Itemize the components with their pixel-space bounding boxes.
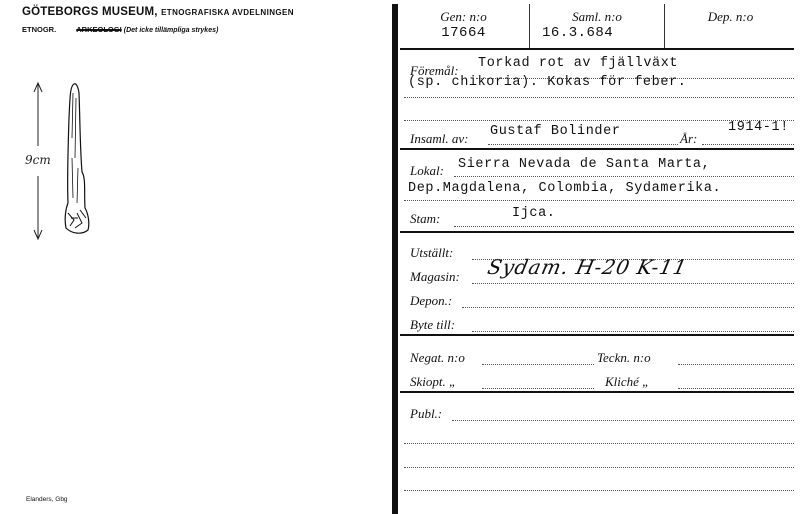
lokal-line-1: Sierra Nevada de Santa Marta,: [458, 157, 710, 172]
root-icon: [65, 84, 89, 233]
year-dotted-line: [702, 144, 794, 145]
card-spine-border: [392, 4, 398, 514]
insamlad-dotted-line: [488, 144, 678, 145]
lokal-dotted-line-2: [404, 200, 794, 201]
museum-heading: GÖTEBORGS MUSEUM, ETNOGRAFISKA AVDELNING…: [22, 6, 294, 18]
byte-label: Byte till:: [410, 317, 455, 333]
sketch-size-label: 9cm: [25, 153, 51, 167]
byte-divider: [400, 334, 794, 336]
struck-category: ARKEOLOGI: [76, 25, 121, 34]
skiopt-label: Skiopt. „: [410, 374, 456, 390]
depon-label: Depon.:: [410, 293, 452, 309]
publ-dotted-line-4: [404, 490, 794, 491]
category-line: ETNOGR. ARKEOLOGI (Det icke tillämpliga …: [22, 25, 218, 34]
header-divider: [400, 48, 794, 50]
saml-number-cell: Saml. n:o 16.3.684: [530, 4, 665, 48]
printer-imprint: Elanders, Gbg: [26, 496, 68, 503]
kliche-label: Kliché „: [605, 374, 649, 390]
stam-divider: [400, 231, 794, 233]
stam-dotted-line: [454, 226, 794, 227]
insamlad-label: Insaml. av:: [410, 131, 469, 147]
card-back-side: GÖTEBORGS MUSEUM, ETNOGRAFISKA AVDELNING…: [0, 0, 392, 514]
foremal-line-1: Torkad rot av fjällväxt: [478, 56, 678, 71]
stam-label: Stam:: [410, 211, 440, 227]
byte-dotted-line: [472, 331, 794, 332]
publ-dotted-line: [452, 420, 794, 421]
negat-label: Negat. n:o: [410, 350, 465, 366]
teckn-dotted-line: [678, 364, 794, 365]
card-header: Gen: n:o 17664 Saml. n:o 16.3.684 Dep. n…: [398, 4, 796, 48]
root-sketch-drawing: 9cm: [22, 78, 122, 248]
gen-number-label: Gen: n:o: [398, 9, 529, 25]
insamlad-divider: [400, 148, 794, 150]
year-label: År:: [680, 131, 697, 147]
utstallt-label: Utställt:: [410, 245, 453, 261]
kliche-divider: [400, 391, 794, 393]
magasin-label: Magasin:: [410, 269, 460, 285]
dep-number-label: Dep. n:o: [665, 9, 796, 25]
strike-note: (Det icke tillämpliga strykes): [124, 27, 219, 34]
insamlad-value: Gustaf Bolinder: [490, 124, 621, 139]
dep-number-cell: Dep. n:o: [665, 4, 796, 48]
lokal-dotted-line: [454, 176, 794, 177]
catalogue-card: Gen: n:o 17664 Saml. n:o 16.3.684 Dep. n…: [392, 0, 800, 514]
publ-dotted-line-3: [404, 467, 794, 468]
publ-dotted-line-2: [404, 443, 794, 444]
gen-number-value: 17664: [398, 25, 529, 41]
museum-name: GÖTEBORGS MUSEUM,: [22, 6, 158, 18]
gen-number-cell: Gen: n:o 17664: [398, 4, 530, 48]
negat-dotted-line: [482, 364, 594, 365]
publ-label: Publ.:: [410, 406, 442, 422]
lokal-line-2: Dep.Magdalena, Colombia, Sydamerika.: [408, 181, 721, 196]
foremal-line-2: (sp. chikoria). Kokas för feber.: [408, 75, 686, 90]
etnogr-label: ETNOGR.: [22, 25, 56, 34]
year-value: 1914-1!: [728, 120, 789, 135]
foremal-dotted-line-2: [404, 97, 794, 98]
department-name: ETNOGRAFISKA AVDELNINGEN: [161, 8, 294, 17]
kliche-dotted-line: [678, 388, 794, 389]
saml-number-label: Saml. n:o: [530, 9, 664, 25]
saml-number-value: 16.3.684: [530, 25, 664, 41]
lokal-label: Lokal:: [410, 163, 444, 179]
teckn-label: Teckn. n:o: [597, 350, 651, 366]
skiopt-dotted-line: [482, 388, 594, 389]
magasin-dotted-line: [472, 283, 794, 284]
stam-value: Ijca.: [512, 206, 556, 221]
depon-dotted-line: [462, 307, 794, 308]
magasin-value: Sydam. H-20 K-11: [485, 255, 689, 279]
